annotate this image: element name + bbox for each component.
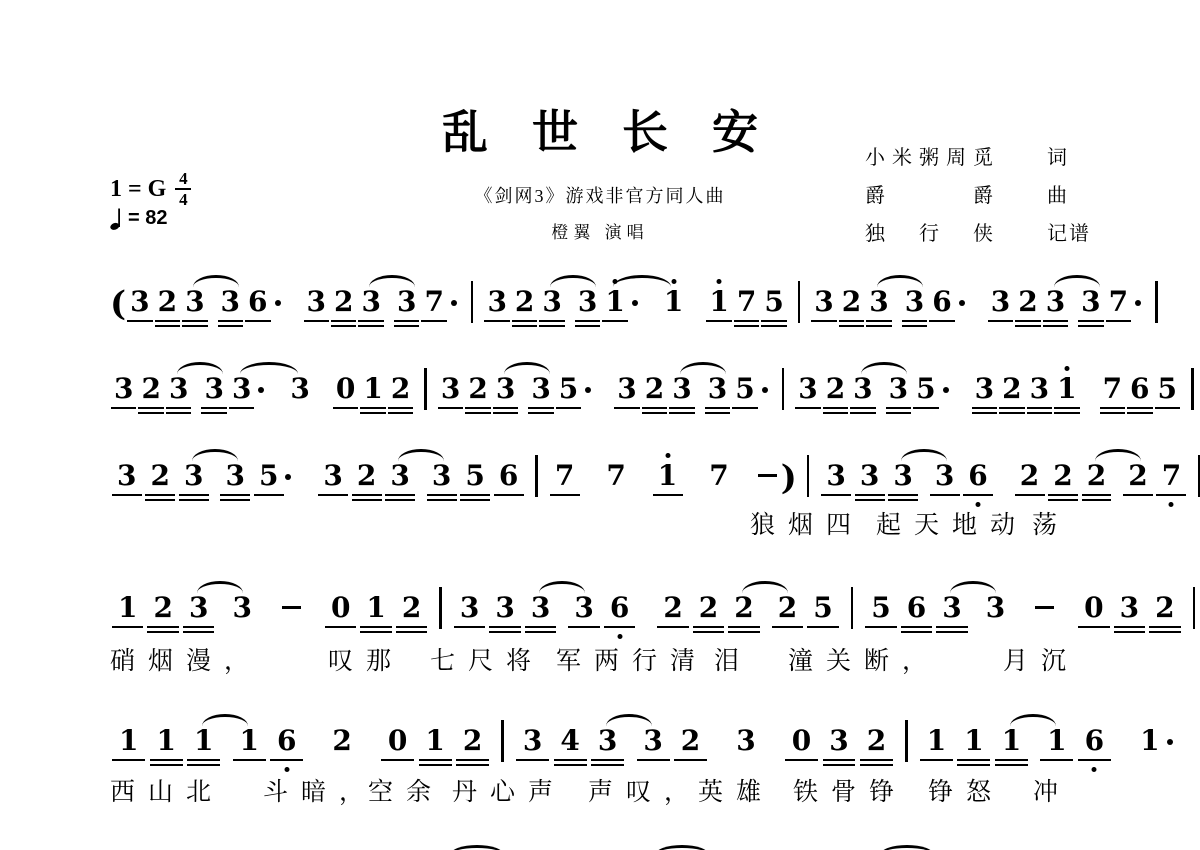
underline bbox=[1100, 412, 1125, 415]
note-digit: 3 bbox=[114, 375, 133, 403]
barline bbox=[501, 720, 504, 762]
note-digit: 0 bbox=[331, 594, 350, 622]
underline bbox=[1054, 407, 1079, 410]
note: 2 bbox=[391, 375, 410, 403]
notation-line: 1111620123433230321111612 bbox=[110, 720, 1200, 762]
underline bbox=[886, 407, 911, 410]
lyric-segment: 铁骨铮 bbox=[793, 772, 907, 808]
underline bbox=[1114, 626, 1145, 629]
octave-dot-high bbox=[671, 279, 676, 284]
note-digit: 5 bbox=[764, 288, 783, 316]
note-digit: 3 bbox=[390, 462, 409, 490]
note: 2 bbox=[699, 594, 718, 622]
note-digit: 3 bbox=[643, 727, 662, 755]
lyric-segment: 荡 bbox=[1032, 505, 1070, 541]
note-digit: 3 bbox=[232, 594, 251, 622]
underline bbox=[554, 764, 587, 767]
note-digit: 2 bbox=[391, 375, 410, 403]
underline bbox=[182, 320, 207, 323]
underline bbox=[1149, 626, 1180, 629]
note-digit: 4 bbox=[560, 727, 579, 755]
note-digit: 6 bbox=[248, 288, 267, 316]
barline bbox=[798, 281, 801, 323]
underline bbox=[112, 626, 143, 629]
underline bbox=[693, 631, 724, 634]
note-digit: 3 bbox=[531, 375, 550, 403]
note: 5 bbox=[1158, 375, 1177, 403]
note-digit: 2 bbox=[778, 594, 797, 622]
note-digit: 3 bbox=[935, 462, 954, 490]
note-digit: 2 bbox=[1020, 462, 1039, 490]
note-digit: 3 bbox=[495, 594, 514, 622]
note-digit: 3 bbox=[708, 375, 727, 403]
note-digit: 2 bbox=[1018, 288, 1037, 316]
underline bbox=[270, 759, 303, 762]
note: 6 bbox=[932, 288, 951, 316]
note-digit: 2 bbox=[141, 375, 160, 403]
note-digit: 3 bbox=[798, 375, 817, 403]
note: 1 bbox=[964, 727, 983, 755]
lyric-segment: 斗暗， bbox=[263, 772, 377, 808]
open-paren-icon: ( bbox=[110, 284, 126, 324]
note-digit: 6 bbox=[1085, 727, 1104, 755]
note-digit: 3 bbox=[617, 375, 636, 403]
note-digit: 2 bbox=[153, 594, 172, 622]
underline bbox=[352, 499, 382, 502]
underline bbox=[850, 407, 875, 410]
note-digit: 3 bbox=[189, 594, 208, 622]
note: 6 bbox=[610, 594, 629, 622]
underline bbox=[860, 764, 893, 767]
close-paren-icon: ) bbox=[781, 458, 797, 498]
note-digit: 5 bbox=[259, 462, 278, 490]
note-digit: 3 bbox=[487, 288, 506, 316]
underline bbox=[795, 407, 820, 410]
note: 1 bbox=[194, 727, 213, 755]
note: 3 bbox=[225, 462, 244, 490]
underline bbox=[855, 499, 885, 502]
underline bbox=[604, 626, 635, 629]
octave-dot-high bbox=[717, 279, 722, 284]
underline bbox=[1082, 494, 1112, 497]
underline bbox=[465, 412, 490, 415]
note: 3 bbox=[397, 288, 416, 316]
underline bbox=[642, 412, 667, 415]
lyric-segment: 军两行清 bbox=[556, 641, 708, 677]
note: 1 bbox=[1047, 727, 1066, 755]
note: 2 bbox=[141, 375, 160, 403]
barline bbox=[905, 720, 908, 762]
note: 3 bbox=[814, 288, 833, 316]
note: 3 bbox=[189, 594, 208, 622]
note: 6 bbox=[277, 727, 296, 755]
note: 3 bbox=[221, 288, 240, 316]
underline bbox=[761, 320, 786, 323]
underline bbox=[1048, 499, 1078, 502]
underline bbox=[772, 626, 803, 629]
note-digit: 3 bbox=[225, 462, 244, 490]
note: 3 bbox=[204, 375, 223, 403]
note-digit: 6 bbox=[610, 594, 629, 622]
note: 5 bbox=[259, 462, 278, 490]
underline bbox=[150, 764, 183, 767]
underline bbox=[127, 320, 152, 323]
note: 1 bbox=[605, 288, 624, 316]
note-digit: 6 bbox=[277, 727, 296, 755]
underline bbox=[860, 759, 893, 762]
note-digit: 3 bbox=[441, 375, 460, 403]
underline bbox=[839, 325, 864, 328]
note: 1 bbox=[1002, 727, 1021, 755]
barline bbox=[471, 281, 474, 323]
underline bbox=[575, 320, 600, 323]
note-digit: 2 bbox=[468, 375, 487, 403]
underline bbox=[1127, 412, 1152, 415]
note-digit: 2 bbox=[1087, 462, 1106, 490]
underline bbox=[166, 412, 191, 415]
underline bbox=[575, 325, 600, 328]
note: 3 bbox=[323, 462, 342, 490]
underline bbox=[1078, 626, 1109, 629]
note: 3 bbox=[232, 594, 251, 622]
note: 3 bbox=[487, 288, 506, 316]
note-digit: 0 bbox=[792, 727, 811, 755]
underline bbox=[419, 764, 452, 767]
underline bbox=[705, 412, 730, 415]
underline bbox=[179, 494, 209, 497]
underline bbox=[1082, 499, 1112, 502]
notation-line: 3233330123233532335323353231765 bbox=[110, 368, 1200, 410]
underline bbox=[821, 494, 851, 497]
underline bbox=[218, 320, 243, 323]
underline bbox=[460, 494, 490, 497]
underline bbox=[360, 626, 391, 629]
notation-line: (32336323373233111753233632337 bbox=[110, 281, 1168, 323]
lyric-segment: 潼关断， bbox=[788, 641, 940, 677]
note-digit: 5 bbox=[465, 462, 484, 490]
note: 2 bbox=[357, 462, 376, 490]
underline bbox=[637, 759, 670, 762]
note-digit: 2 bbox=[842, 288, 861, 316]
underline bbox=[385, 499, 415, 502]
note: 3 bbox=[598, 727, 617, 755]
note: 1 bbox=[119, 727, 138, 755]
underline bbox=[693, 626, 724, 629]
underline bbox=[358, 320, 383, 323]
note: 1 bbox=[366, 594, 385, 622]
underline bbox=[489, 631, 520, 634]
note-digit: 3 bbox=[542, 288, 561, 316]
underline bbox=[331, 325, 356, 328]
note: 3 bbox=[991, 288, 1010, 316]
note: 3 bbox=[578, 288, 597, 316]
note-digit: 3 bbox=[307, 288, 326, 316]
underline bbox=[823, 759, 856, 762]
note-digit: 3 bbox=[323, 462, 342, 490]
note: 7 bbox=[1103, 375, 1122, 403]
underline bbox=[1078, 325, 1103, 328]
underline bbox=[865, 626, 896, 629]
lyric-segment: 空余 bbox=[368, 772, 444, 808]
underline bbox=[150, 759, 183, 762]
underline bbox=[360, 407, 385, 410]
underline bbox=[394, 320, 419, 323]
note-digit: 2 bbox=[150, 462, 169, 490]
underline bbox=[705, 407, 730, 410]
underline bbox=[642, 407, 667, 410]
note: 1 bbox=[664, 288, 683, 316]
lyric-segment: 丹心声 bbox=[452, 772, 566, 808]
lyric-segment: 月沉 bbox=[1003, 641, 1079, 677]
note-digit: 1 bbox=[118, 594, 137, 622]
note: 3 bbox=[574, 594, 593, 622]
underline bbox=[554, 759, 587, 762]
note-digit: 3 bbox=[869, 288, 888, 316]
note: 3 bbox=[290, 375, 309, 403]
note-digit: 3 bbox=[736, 727, 755, 755]
note: 7 bbox=[1109, 288, 1128, 316]
underline bbox=[1048, 494, 1078, 497]
underline bbox=[591, 764, 624, 767]
note: 2 bbox=[468, 375, 487, 403]
underline bbox=[1127, 407, 1152, 410]
note-digit: 6 bbox=[907, 594, 926, 622]
underline bbox=[901, 626, 932, 629]
note-digit: 3 bbox=[432, 462, 451, 490]
note-digit: 0 bbox=[388, 727, 407, 755]
note-digit: 2 bbox=[402, 594, 421, 622]
note-digit: 3 bbox=[893, 462, 912, 490]
underline bbox=[421, 320, 446, 323]
underline bbox=[1027, 407, 1052, 410]
note: 3 bbox=[307, 288, 326, 316]
note: 2 bbox=[334, 288, 353, 316]
underline bbox=[728, 631, 759, 634]
note: 2 bbox=[150, 462, 169, 490]
underline bbox=[419, 759, 452, 762]
underline bbox=[493, 407, 518, 410]
note: 4 bbox=[560, 727, 579, 755]
underline bbox=[556, 407, 581, 410]
underline bbox=[1040, 759, 1073, 762]
note: 2 bbox=[734, 594, 753, 622]
underline bbox=[734, 325, 759, 328]
underline bbox=[614, 407, 639, 410]
note: 2 bbox=[515, 288, 534, 316]
lyric-segment: 泪 bbox=[714, 641, 752, 677]
underline bbox=[155, 325, 180, 328]
underline bbox=[957, 759, 990, 762]
note: 3 bbox=[826, 462, 845, 490]
note: 0 bbox=[336, 375, 355, 403]
note: 6 bbox=[968, 462, 987, 490]
underline bbox=[1078, 759, 1111, 762]
note: 2 bbox=[663, 594, 682, 622]
note-digit: 2 bbox=[681, 727, 700, 755]
underline bbox=[147, 626, 178, 629]
note-digit: 3 bbox=[184, 462, 203, 490]
underline bbox=[183, 631, 214, 634]
note: 0 bbox=[388, 727, 407, 755]
note: 3 bbox=[184, 462, 203, 490]
underline bbox=[187, 764, 220, 767]
note-digit: 3 bbox=[496, 375, 515, 403]
lyric-segment: 英雄 bbox=[698, 772, 774, 808]
note: 3 bbox=[542, 288, 561, 316]
note: 3 bbox=[1081, 288, 1100, 316]
barline bbox=[535, 455, 538, 497]
underline bbox=[850, 412, 875, 415]
note: 5 bbox=[813, 594, 832, 622]
note: 3 bbox=[942, 594, 961, 622]
barline bbox=[782, 368, 785, 410]
underline bbox=[427, 499, 457, 502]
note: 1 bbox=[425, 727, 444, 755]
underline bbox=[728, 626, 759, 629]
note-digit: 2 bbox=[645, 375, 664, 403]
underline bbox=[385, 494, 415, 497]
underline bbox=[396, 631, 427, 634]
lyric-segment: 冲 bbox=[1033, 772, 1071, 808]
note: 3 bbox=[905, 288, 924, 316]
underline bbox=[438, 407, 463, 410]
lyric-segment: 铮怒 bbox=[928, 772, 1004, 808]
underline bbox=[183, 626, 214, 629]
underline bbox=[394, 325, 419, 328]
barline bbox=[851, 587, 854, 629]
note-digit: 5 bbox=[559, 375, 578, 403]
note-digit: 3 bbox=[814, 288, 833, 316]
barline bbox=[807, 455, 810, 497]
barline bbox=[1155, 281, 1158, 323]
note: 7 bbox=[555, 462, 574, 490]
note: 2 bbox=[158, 288, 177, 316]
note: 1 bbox=[156, 727, 175, 755]
note: 3 bbox=[736, 727, 755, 755]
underline bbox=[493, 412, 518, 415]
note: 5 bbox=[465, 462, 484, 490]
note-digit: 3 bbox=[672, 375, 691, 403]
note: 3 bbox=[708, 375, 727, 403]
note: 3 bbox=[531, 375, 550, 403]
note-digit: 3 bbox=[975, 375, 994, 403]
note-digit: 3 bbox=[460, 594, 479, 622]
underline bbox=[454, 626, 485, 629]
note-digit: 2 bbox=[699, 594, 718, 622]
note-digit: 3 bbox=[826, 462, 845, 490]
underline bbox=[381, 759, 414, 762]
note: 2 bbox=[1018, 288, 1037, 316]
note-digit: 1 bbox=[605, 288, 624, 316]
underline bbox=[489, 626, 520, 629]
underline bbox=[218, 325, 243, 328]
underline bbox=[145, 494, 175, 497]
underline bbox=[888, 499, 918, 502]
underline bbox=[388, 412, 413, 415]
note-digit: 2 bbox=[463, 727, 482, 755]
underline bbox=[823, 407, 848, 410]
note-digit: 7 bbox=[606, 462, 625, 490]
underline bbox=[936, 631, 967, 634]
note-digit: 7 bbox=[737, 288, 756, 316]
underline bbox=[360, 412, 385, 415]
note: 7 bbox=[737, 288, 756, 316]
note: 3 bbox=[169, 375, 188, 403]
underline bbox=[999, 412, 1024, 415]
underline bbox=[920, 759, 953, 762]
notation-line: 323353233567717)3333622227 bbox=[110, 455, 1200, 497]
note: 2 bbox=[1128, 462, 1147, 490]
underline bbox=[901, 631, 932, 634]
underline bbox=[179, 499, 209, 502]
underline bbox=[669, 407, 694, 410]
underline bbox=[333, 407, 358, 410]
underline bbox=[1043, 320, 1068, 323]
dash-note bbox=[758, 474, 777, 478]
note: 6 bbox=[1130, 375, 1149, 403]
note-digit: 2 bbox=[1128, 462, 1147, 490]
underline bbox=[811, 320, 836, 323]
underline bbox=[972, 407, 997, 410]
note: 2 bbox=[402, 594, 421, 622]
underline bbox=[229, 407, 254, 410]
note-digit: 2 bbox=[1053, 462, 1072, 490]
note: 3 bbox=[117, 462, 136, 490]
underline bbox=[734, 320, 759, 323]
underline bbox=[602, 320, 627, 323]
note-digit: 1 bbox=[658, 462, 677, 490]
dash-note bbox=[1035, 606, 1054, 610]
note: 3 bbox=[1046, 288, 1065, 316]
note: 3 bbox=[531, 594, 550, 622]
note-digit: 2 bbox=[734, 594, 753, 622]
note-digit: 1 bbox=[964, 727, 983, 755]
note-digit: 1 bbox=[1057, 375, 1076, 403]
note: 3 bbox=[460, 594, 479, 622]
note: 3 bbox=[986, 594, 1005, 622]
underline bbox=[245, 320, 270, 323]
dash-note bbox=[282, 606, 301, 610]
note: 0 bbox=[792, 727, 811, 755]
note-digit: 6 bbox=[968, 462, 987, 490]
underline bbox=[525, 631, 556, 634]
note: 3 bbox=[617, 375, 636, 403]
note: 3 bbox=[1120, 594, 1139, 622]
underline bbox=[147, 631, 178, 634]
underline bbox=[396, 626, 427, 629]
underline bbox=[653, 494, 683, 497]
note-digit: 3 bbox=[860, 462, 879, 490]
note: 7 bbox=[1162, 462, 1181, 490]
underline bbox=[155, 320, 180, 323]
note: 5 bbox=[764, 288, 783, 316]
note-digit: 3 bbox=[221, 288, 240, 316]
octave-dot-low bbox=[617, 634, 622, 639]
underline bbox=[1078, 320, 1103, 323]
underline bbox=[929, 320, 954, 323]
lyric-segment: 叹那 bbox=[328, 641, 404, 677]
underline bbox=[220, 499, 250, 502]
note-digit: 2 bbox=[332, 727, 351, 755]
note-digit: 2 bbox=[357, 462, 376, 490]
note: 7 bbox=[424, 288, 443, 316]
note: 6 bbox=[907, 594, 926, 622]
underline bbox=[187, 759, 220, 762]
note-digit: 3 bbox=[1120, 594, 1139, 622]
note: 3 bbox=[672, 375, 691, 403]
underline bbox=[866, 320, 891, 323]
note-digit: 3 bbox=[397, 288, 416, 316]
